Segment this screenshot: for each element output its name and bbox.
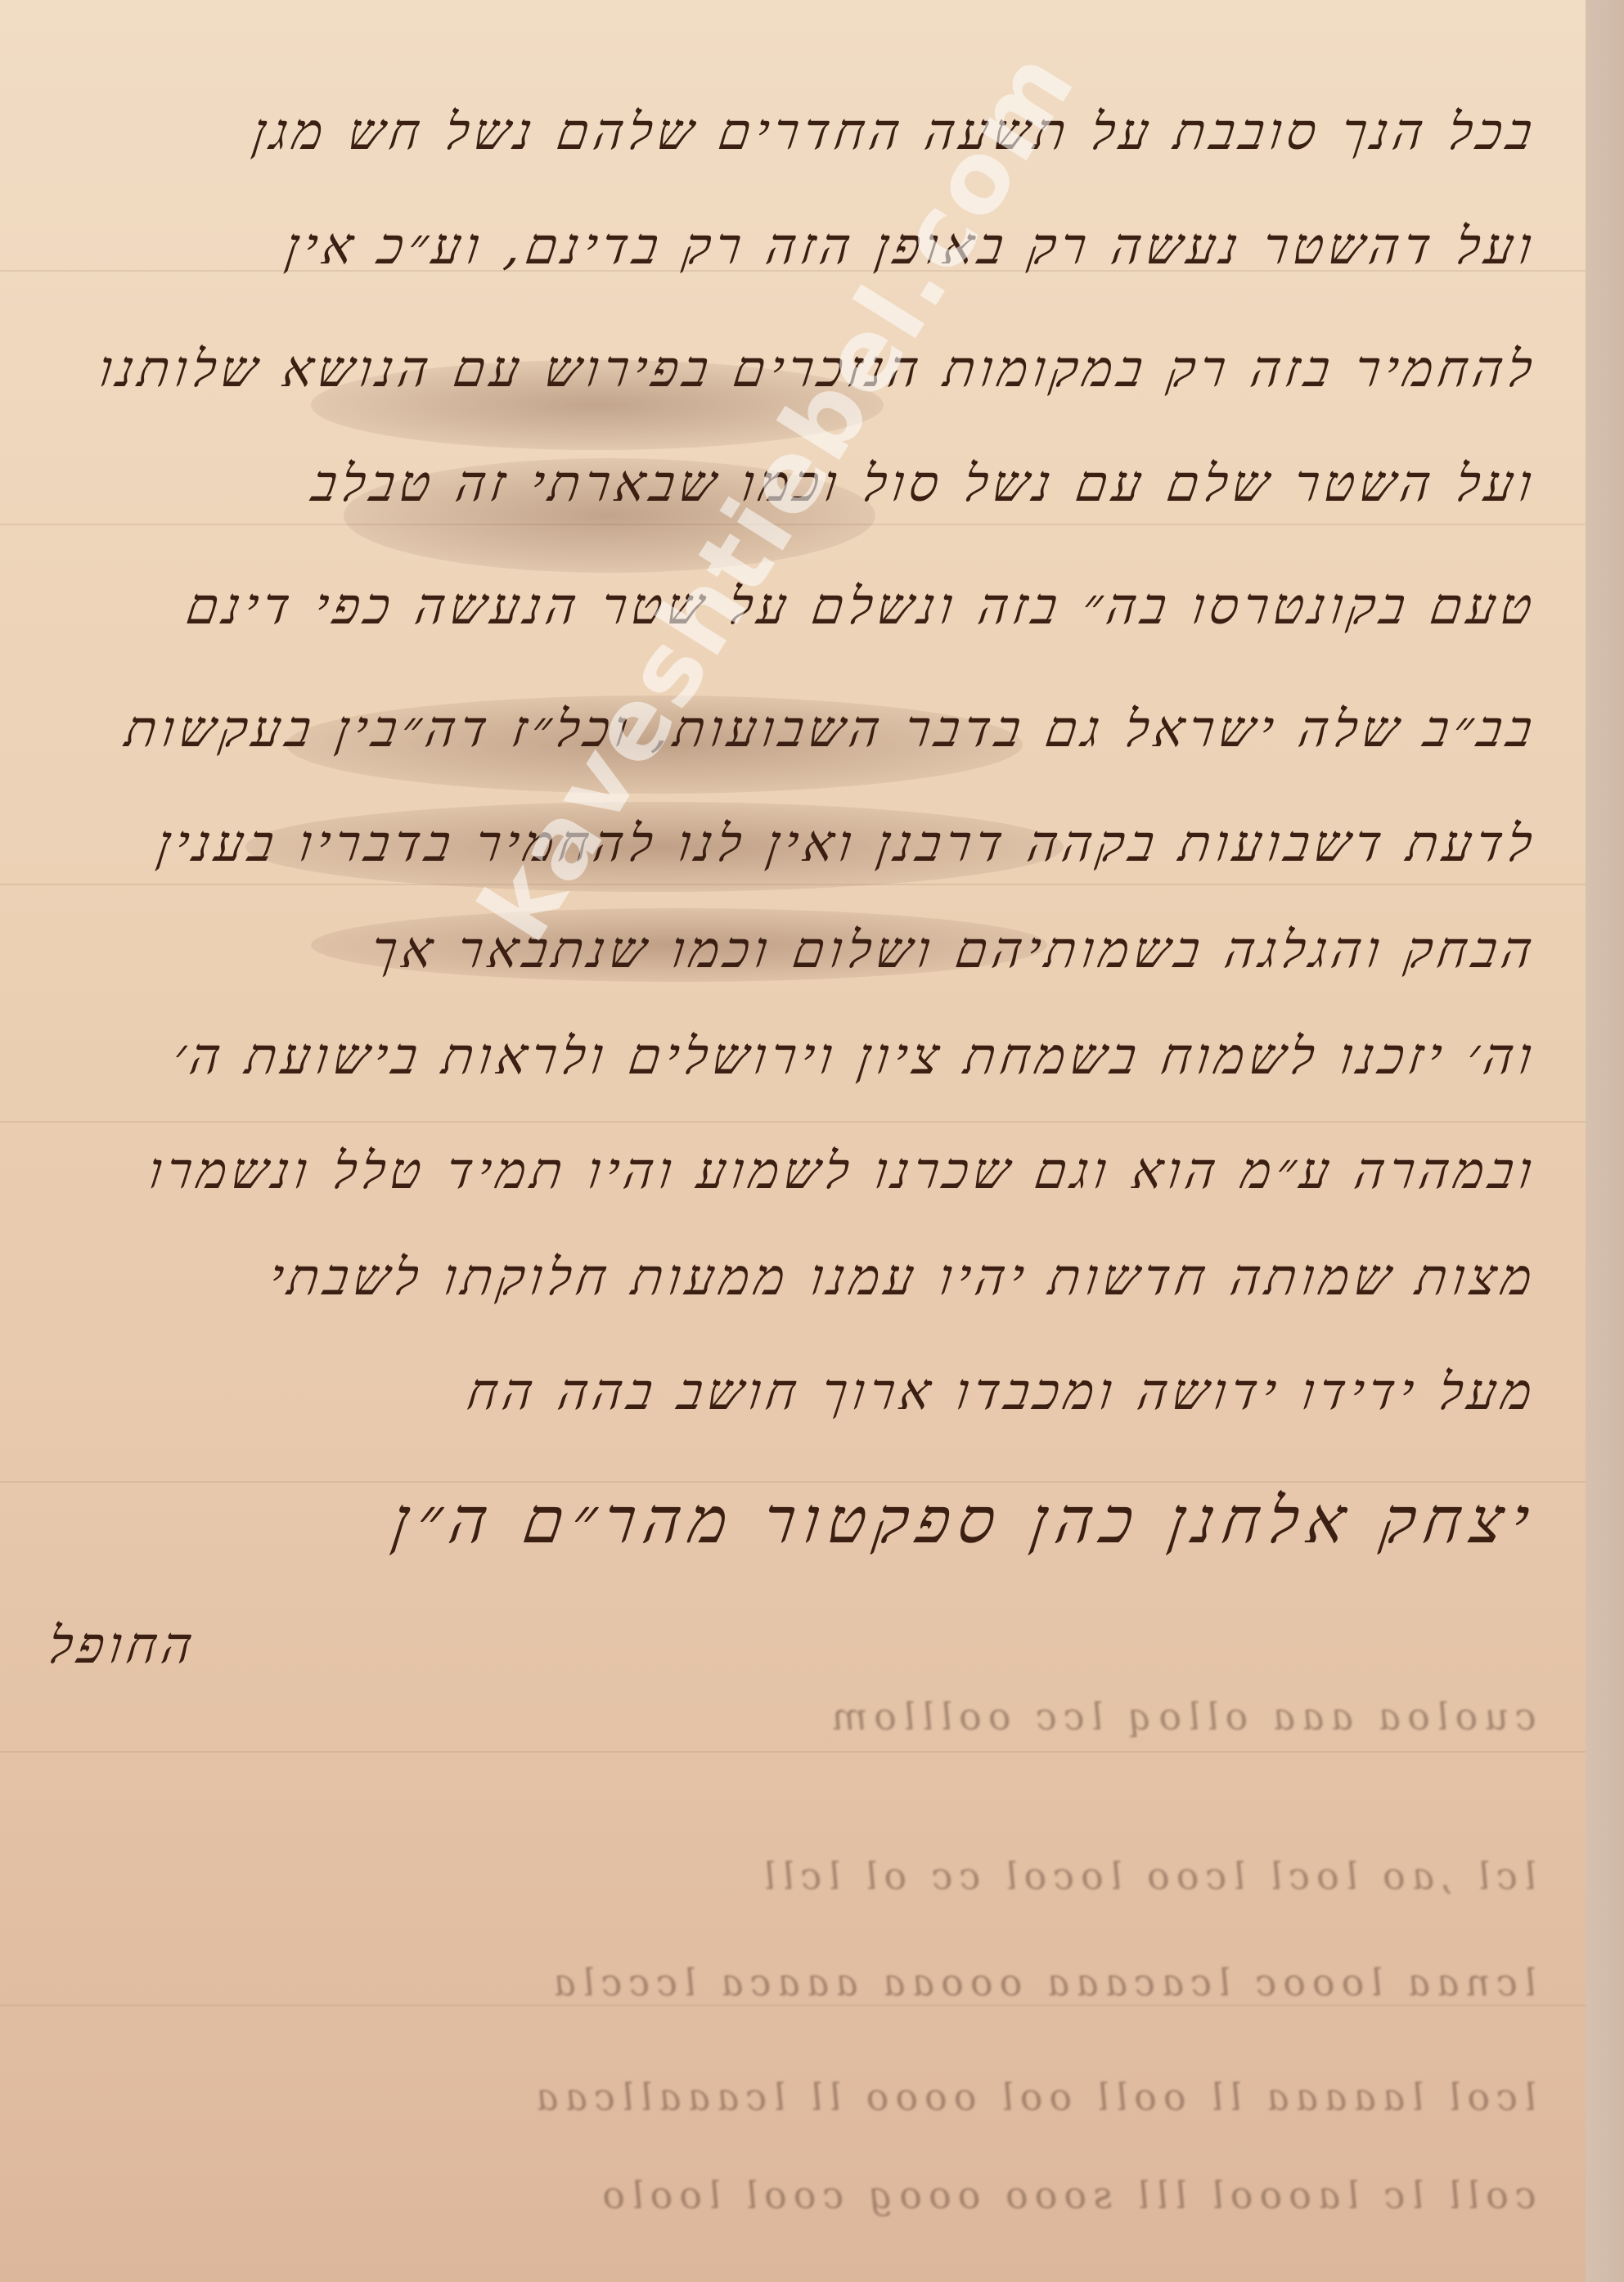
bleed-through-line: lcnaa loooc lcacaaa oooaa aaaca lcccla (47, 1964, 1539, 2001)
text-line: מעל ידידו ידושה ומכבדו ארוך חושב בהה הח (46, 1366, 1541, 1417)
ruled-line (0, 1481, 1586, 1483)
text-line: החופל (46, 1620, 200, 1671)
text-line: לדעת דשבועות בקהה דרבנן ואין לנו להחמיר … (46, 818, 1541, 869)
bleed-through-line: coll lc laoool lll sooo ooog cool loolo (47, 2176, 1539, 2214)
ruled-line (0, 1751, 1586, 1753)
bleed-through-line: cuoloa aaa olloq lcc oolllom (47, 1698, 1539, 1735)
bleed-through-line: lcol laaaaa ll ooll ool oooo ll lcaaallc… (47, 2078, 1539, 2116)
text-line: בב״ב שלה ישראל גם בדבר השבועות, וכל״ז דה… (46, 704, 1541, 754)
text-line: בכל הנך סובבת על תשעה החדרים שלהם נשל חש… (46, 106, 1541, 157)
bleed-through-line: lcl ,ao locl lcoo locol cc ol lcll (47, 1857, 1539, 1895)
ruled-line (0, 2005, 1586, 2006)
background-edge (1586, 0, 1624, 2282)
text-line: טעם בקונטרסו בה״ בזה ונשלם על שטר הנעשה … (46, 581, 1541, 632)
text-line: ובמהרה ע״מ הוא וגם שכרנו לשמוע והיו תמיד… (46, 1146, 1541, 1196)
text-line: וה׳ יזכנו לשמוח בשמחת ציון וירושלים ולרא… (46, 1031, 1541, 1082)
signature-line: יצחק אלחנן כהן ספקטור מהר״ם ה״ן (45, 1489, 1541, 1553)
text-line: ועל דהשטר נעשה רק באופן הזה רק בדינם, וע… (46, 221, 1541, 272)
text-line: הבחק והגלגה בשמותיהם ושלום וכמו שנתבאר א… (46, 925, 1541, 975)
letter-page: בכל הנך סובבת על תשעה החדרים שלהם נשל חש… (0, 0, 1586, 2282)
text-line: מצות שמותה חדשות יהיו עמנו ממעות חלוקתו … (46, 1252, 1541, 1303)
ruled-line (0, 1121, 1586, 1123)
